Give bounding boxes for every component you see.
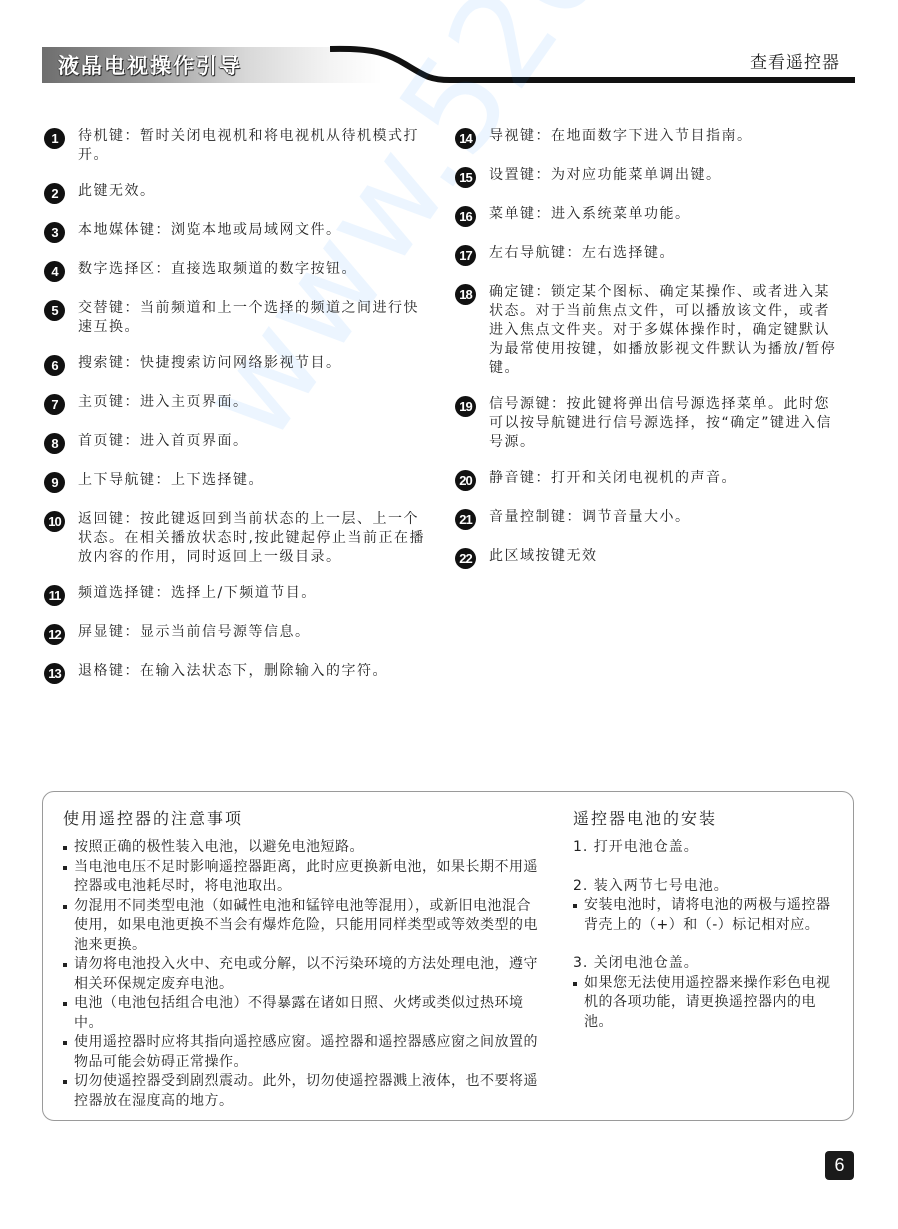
number-badge: 19: [455, 396, 476, 417]
key-description: 左右导航键：左右选择键。: [489, 244, 675, 263]
number-badge: 2: [44, 183, 65, 204]
number-badge: 12: [44, 624, 65, 645]
key-item: 14导视键：在地面数字下进入节目指南。: [455, 127, 845, 149]
battery-step-2-notes: 安装电池时，请将电池的两极与遥控器背壳上的（+）和（-）标记相对应。: [573, 896, 833, 935]
key-description: 本地媒体键：浏览本地或局域网文件。: [78, 221, 342, 240]
battery-step-3: 3. 关闭电池仓盖。: [573, 954, 833, 974]
number-badge: 18: [455, 284, 476, 305]
page-title: 液晶电视操作引导: [58, 50, 242, 82]
key-description: 设置键：为对应功能菜单调出键。: [489, 166, 722, 185]
key-item: 2此键无效。: [44, 182, 434, 204]
number-badge: 20: [455, 470, 476, 491]
number-badge: 4: [44, 261, 65, 282]
key-item: 3本地媒体键：浏览本地或局域网文件。: [44, 221, 434, 243]
number-badge: 15: [455, 167, 476, 188]
number-badge: 8: [44, 433, 65, 454]
key-item: 11频道选择键：选择上/下频道节目。: [44, 584, 434, 606]
number-badge: 13: [44, 663, 65, 684]
key-description: 确定键：锁定某个图标、确定某操作、或者进入某状态。对于当前焦点文件，可以播放该文…: [489, 283, 845, 378]
key-item: 22此区域按键无效: [455, 547, 845, 569]
key-item: 7主页键：进入主页界面。: [44, 393, 434, 415]
number-badge: 1: [44, 128, 65, 149]
number-badge: 21: [455, 509, 476, 530]
key-item: 15设置键：为对应功能菜单调出键。: [455, 166, 845, 188]
battery-step-1: 1. 打开电池仓盖。: [573, 838, 833, 858]
section-title: 查看遥控器: [750, 50, 840, 76]
key-description: 上下导航键：上下选择键。: [78, 471, 264, 490]
note-item: 按照正确的极性装入电池，以避免电池短路。: [63, 838, 543, 858]
battery-step-3-notes: 如果您无法使用遥控器来操作彩色电视机的各项功能，请更换遥控器内的电池。: [573, 974, 833, 1033]
note-item: 请勿将电池投入火中、充电或分解，以不污染环境的方法处理电池，遵守相关环保规定废弃…: [63, 955, 543, 994]
key-item: 5交替键：当前频道和上一个选择的频道之间进行快速互换。: [44, 299, 434, 337]
key-item: 9上下导航键：上下选择键。: [44, 471, 434, 493]
key-description: 数字选择区：直接选取频道的数字按钮。: [78, 260, 357, 279]
key-description: 搜索键：快捷搜索访问网络影视节目。: [78, 354, 342, 373]
key-item: 13退格键：在输入法状态下，删除输入的字符。: [44, 662, 434, 684]
key-item: 6搜索键：快捷搜索访问网络影视节目。: [44, 354, 434, 376]
key-item: 21音量控制键：调节音量大小。: [455, 508, 845, 530]
key-description: 信号源键：按此键将弹出信号源选择菜单。此时您可以按导航键进行信号源选择，按“确定…: [489, 395, 845, 452]
number-badge: 11: [44, 585, 65, 606]
number-badge: 14: [455, 128, 476, 149]
number-badge: 9: [44, 472, 65, 493]
key-description: 频道选择键：选择上/下频道节目。: [78, 584, 317, 603]
key-description: 菜单键：进入系统菜单功能。: [489, 205, 691, 224]
battery-note: 如果您无法使用遥控器来操作彩色电视机的各项功能，请更换遥控器内的电池。: [573, 974, 833, 1033]
number-badge: 10: [44, 511, 65, 532]
key-description: 屏显键：显示当前信号源等信息。: [78, 623, 311, 642]
key-item: 19信号源键：按此键将弹出信号源选择菜单。此时您可以按导航键进行信号源选择，按“…: [455, 395, 845, 452]
key-description: 待机键：暂时关闭电视机和将电视机从待机模式打开。: [78, 127, 434, 165]
battery-step-2: 2. 装入两节七号电池。: [573, 877, 833, 897]
battery-heading: 遥控器电池的安装: [573, 806, 833, 829]
number-badge: 5: [44, 300, 65, 321]
key-description: 主页键：进入主页界面。: [78, 393, 249, 412]
number-badge: 22: [455, 548, 476, 569]
notes-heading: 使用遥控器的注意事项: [63, 806, 543, 829]
note-item: 使用遥控器时应将其指向遥控感应窗。遥控器和遥控器感应窗之间放置的物品可能会妨碍正…: [63, 1033, 543, 1072]
key-item: 16菜单键：进入系统菜单功能。: [455, 205, 845, 227]
usage-notes: 使用遥控器的注意事项 按照正确的极性装入电池，以避免电池短路。 当电池电压不足时…: [63, 806, 543, 1111]
key-description: 音量控制键：调节音量大小。: [489, 508, 691, 527]
key-item: 10返回键：按此键返回到当前状态的上一层、上一个状态。在相关播放状态时,按此键起…: [44, 510, 434, 567]
note-item: 电池（电池包括组合电池）不得暴露在诸如日照、火烤或类似过热环境中。: [63, 994, 543, 1033]
number-badge: 17: [455, 245, 476, 266]
battery-note: 安装电池时，请将电池的两极与遥控器背壳上的（+）和（-）标记相对应。: [573, 896, 833, 935]
number-badge: 16: [455, 206, 476, 227]
note-item: 勿混用不同类型电池（如碱性电池和锰锌电池等混用），或新旧电池混合使用，如果电池更…: [63, 897, 543, 956]
key-description: 此区域按键无效: [489, 547, 598, 566]
number-badge: 3: [44, 222, 65, 243]
number-badge: 7: [44, 394, 65, 415]
page-number: 6: [825, 1151, 854, 1180]
note-item: 切勿使遥控器受到剧烈震动。此外，切勿使遥控器溅上液体，也不要将遥控器放在湿度高的…: [63, 1072, 543, 1111]
key-item: 12屏显键：显示当前信号源等信息。: [44, 623, 434, 645]
key-description: 导视键：在地面数字下进入节目指南。: [489, 127, 753, 146]
key-list-left: 1待机键：暂时关闭电视机和将电视机从待机模式打开。 2此键无效。 3本地媒体键：…: [44, 127, 434, 701]
key-description: 首页键：进入首页界面。: [78, 432, 249, 451]
battery-install: 遥控器电池的安装 1. 打开电池仓盖。 2. 装入两节七号电池。 安装电池时，请…: [573, 806, 833, 1032]
key-description: 退格键：在输入法状态下，删除输入的字符。: [78, 662, 388, 681]
key-list-right: 14导视键：在地面数字下进入节目指南。 15设置键：为对应功能菜单调出键。 16…: [455, 127, 845, 586]
key-description: 返回键：按此键返回到当前状态的上一层、上一个状态。在相关播放状态时,按此键起停止…: [78, 510, 434, 567]
key-item: 1待机键：暂时关闭电视机和将电视机从待机模式打开。: [44, 127, 434, 165]
key-description: 静音键：打开和关闭电视机的声音。: [489, 469, 737, 488]
number-badge: 6: [44, 355, 65, 376]
key-item: 18确定键：锁定某个图标、确定某操作、或者进入某状态。对于当前焦点文件，可以播放…: [455, 283, 845, 378]
key-description: 交替键：当前频道和上一个选择的频道之间进行快速互换。: [78, 299, 434, 337]
key-item: 8首页键：进入首页界面。: [44, 432, 434, 454]
key-item: 4数字选择区：直接选取频道的数字按钮。: [44, 260, 434, 282]
notes-box: 使用遥控器的注意事项 按照正确的极性装入电池，以避免电池短路。 当电池电压不足时…: [42, 791, 854, 1121]
note-item: 当电池电压不足时影响遥控器距离，此时应更换新电池，如果长期不用遥控器或电池耗尽时…: [63, 858, 543, 897]
notes-list: 按照正确的极性装入电池，以避免电池短路。 当电池电压不足时影响遥控器距离，此时应…: [63, 838, 543, 1111]
key-item: 17左右导航键：左右选择键。: [455, 244, 845, 266]
key-item: 20静音键：打开和关闭电视机的声音。: [455, 469, 845, 491]
key-description: 此键无效。: [78, 182, 156, 201]
